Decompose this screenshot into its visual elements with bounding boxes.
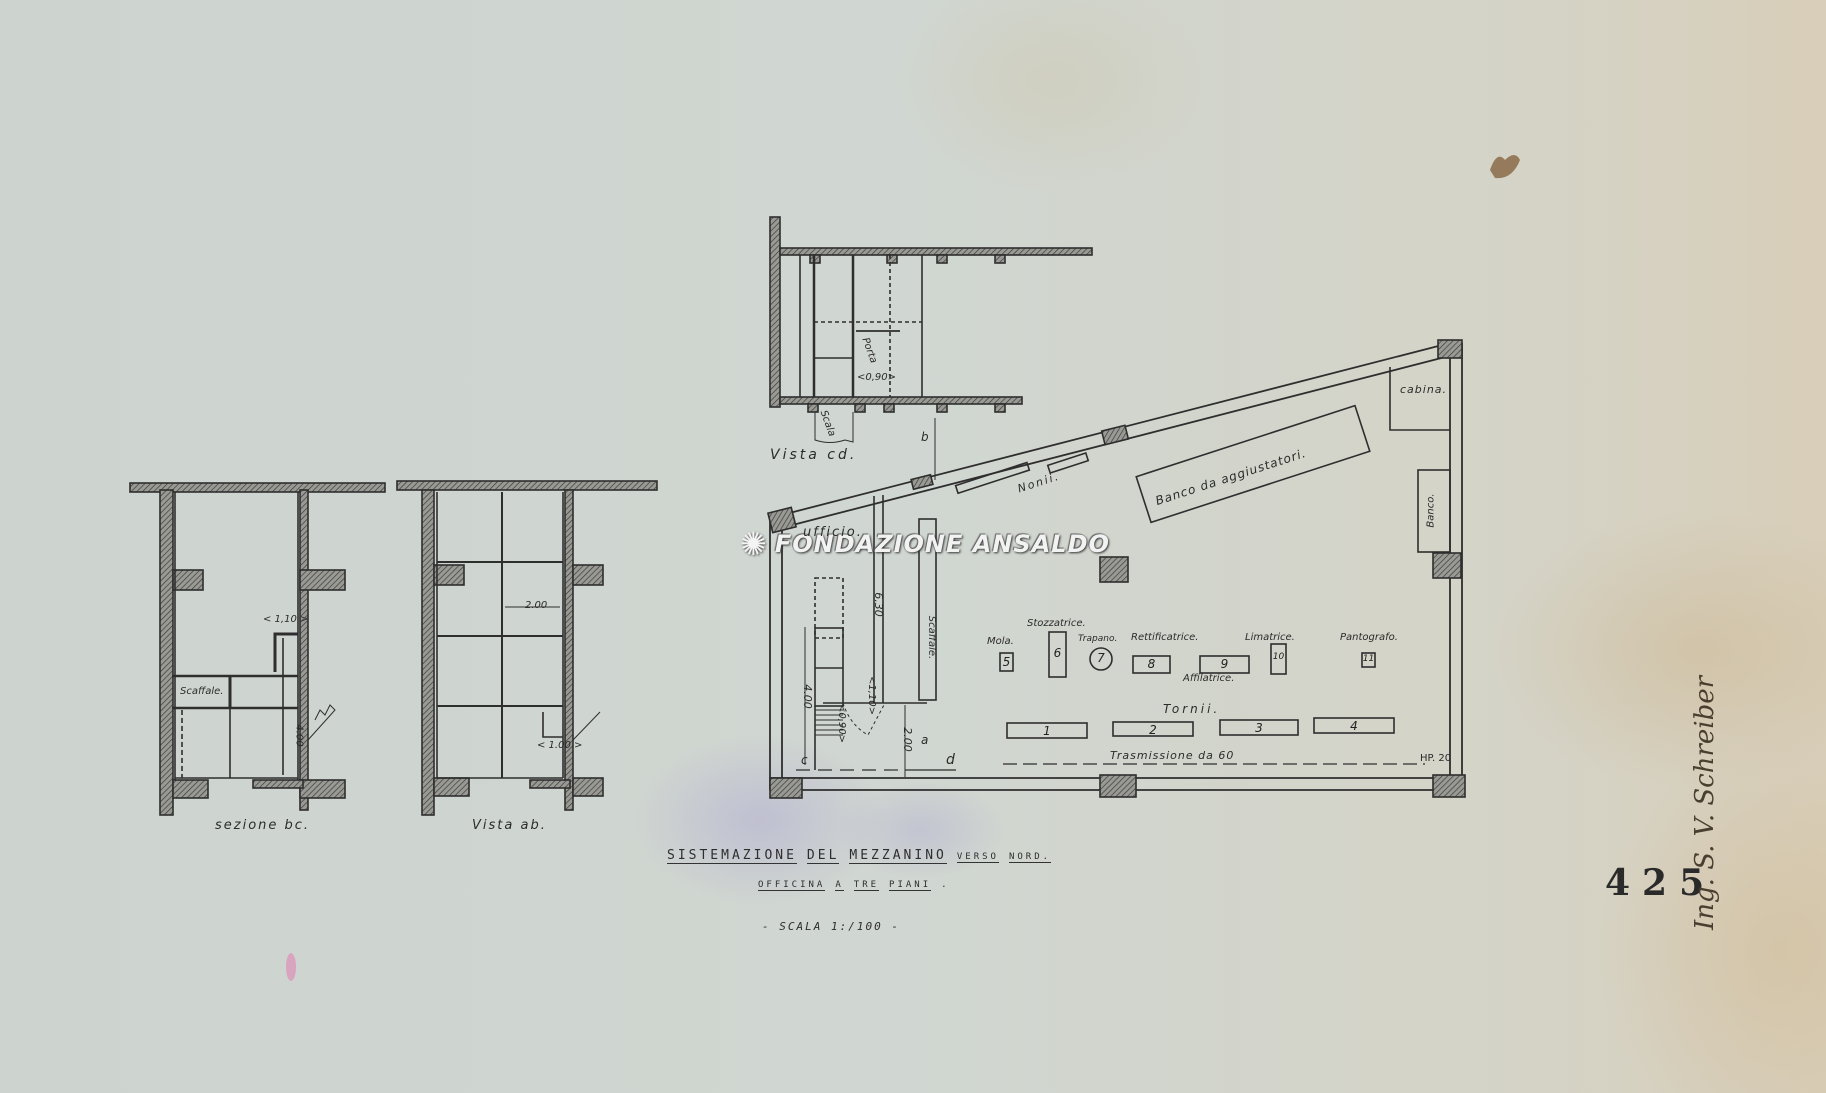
lathe-id-2: 2 — [1113, 723, 1193, 737]
door-width-label: <0,90> — [857, 372, 896, 383]
shelf-label-section: Scaffale. — [180, 686, 223, 697]
section-mark-c: c — [801, 753, 808, 767]
sunburst-logo-icon: ✺ — [740, 525, 767, 563]
machine-id-8: 8 — [1133, 657, 1170, 671]
archive-watermark: ✺ FONDAZIONE ANSALDO — [740, 525, 1110, 563]
section-mark-b: b — [921, 430, 929, 444]
section-mark-d: d — [946, 752, 955, 768]
office-label: ufficio. — [803, 525, 863, 540]
machine-id-9: 9 — [1200, 657, 1249, 671]
machine-name-11: Pantografo. — [1340, 632, 1398, 643]
dim-400-section: 4.00 — [294, 724, 305, 746]
transmission-label: Trasmissione da 60 — [1110, 749, 1234, 762]
dim-110-section: < 1,10 > — [263, 614, 308, 625]
machine-name-7: Trapano. — [1078, 634, 1117, 644]
lathe-id-4: 4 — [1314, 719, 1394, 733]
machine-id-6: 6 — [1049, 646, 1066, 660]
machine-name-8: Rettificatrice. — [1131, 632, 1198, 643]
shelf-label-plan: Scaffale. — [926, 616, 937, 659]
lathe-id-1: 1 — [1007, 724, 1087, 738]
section-bc-caption: sezione bc. — [215, 818, 310, 833]
machine-name-10: Limatrice. — [1245, 632, 1295, 643]
dim-200-view-ab: 2.00 — [525, 600, 547, 611]
machine-id-7: 7 — [1090, 651, 1112, 665]
machine-id-11: 11 — [1362, 654, 1375, 664]
section-mark-a: a — [921, 733, 928, 747]
signature: Ing. S. V. Schreiber — [1690, 676, 1720, 930]
view-cd-caption: Vista cd. — [770, 447, 857, 463]
machine-id-5: 5 — [1000, 655, 1013, 669]
lathe-id-3: 3 — [1220, 721, 1298, 735]
machine-name-5: Mola. — [987, 636, 1014, 647]
drawing-scale: - SCALA 1:/100 - — [762, 920, 900, 933]
drawing-title-line-1: SISTEMAZIONEDELMEZZANINOVERSONORD. — [667, 848, 1061, 863]
view-cd-drawing — [770, 217, 1092, 480]
transmission-power: HP. 20 — [1420, 753, 1451, 764]
drawing-title-line-2: OFFICINAATREPIANI. — [758, 880, 960, 890]
dim-400: 4.00 — [801, 684, 814, 709]
machine-name-9: Affilatrice. — [1183, 673, 1234, 684]
side-bench-label: Banco. — [1426, 493, 1437, 527]
dim-630: 6.30 — [872, 592, 885, 617]
machine-name-6: Stozzatrice. — [1027, 618, 1086, 629]
lathes-label: Tornii. — [1163, 702, 1220, 716]
dim-200: 2.00 — [901, 727, 914, 752]
dim-110: <1,10> — [866, 676, 877, 715]
cabin-label: cabina. — [1400, 383, 1447, 396]
machine-id-10: 10 — [1271, 652, 1286, 662]
view-ab-caption: Vista ab. — [472, 818, 547, 833]
dim-090: <0,90> — [836, 704, 847, 743]
dim-100-view-ab: < 1.00 > — [537, 740, 582, 751]
section-bc-drawing — [130, 483, 385, 815]
view-ab-drawing — [397, 481, 657, 815]
